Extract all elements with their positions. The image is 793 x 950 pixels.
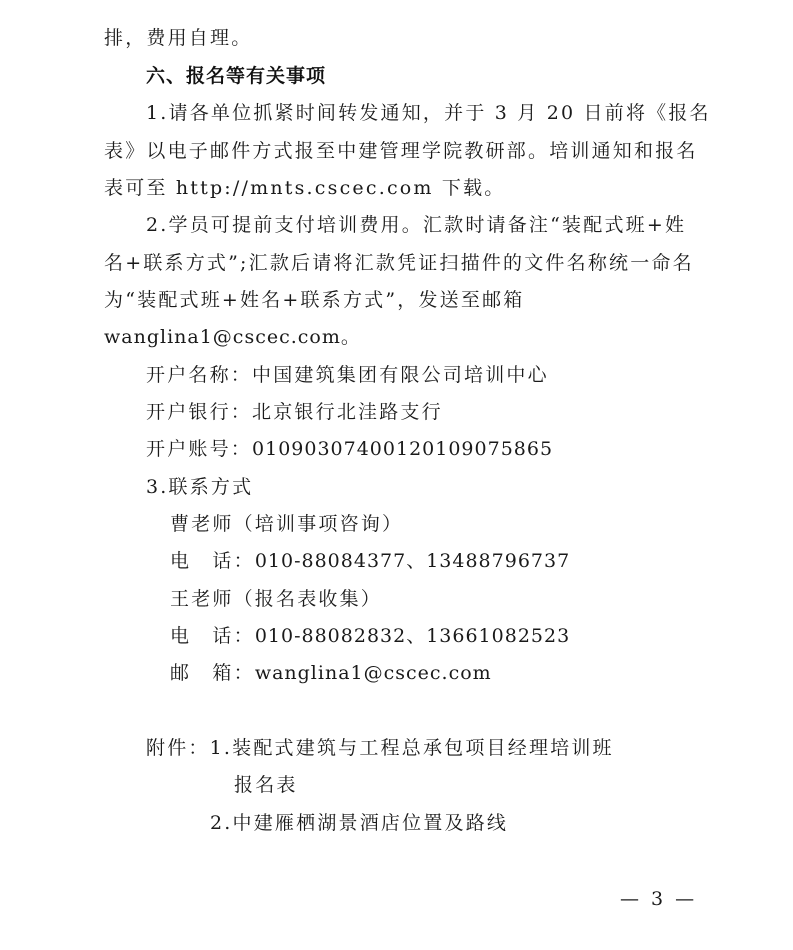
section-heading: 六、报名等有关事项 — [146, 64, 326, 88]
phone-value: 010-88082832、13661082523 — [255, 625, 570, 647]
contact2-email-row: 邮 箱：wanglina1@cscec.com — [170, 661, 492, 685]
account-number-row: 开户账号：01090307400120109075865 — [146, 437, 553, 461]
phone-label: 电 话： — [170, 550, 255, 572]
attachment-item-1-cont: 报名表 — [234, 773, 298, 797]
paragraph-line: 表》以电子邮件方式报至中建管理学院教研部。培训通知和报名 — [104, 139, 698, 163]
account-name-label: 开户名称： — [146, 364, 252, 386]
paragraph-line: 排，费用自理。 — [104, 26, 252, 50]
contact1-phone-row: 电 话：010-88084377、13488796737 — [170, 549, 570, 573]
paragraph-line: 2.学员可提前支付培训费用。汇款时请备注“装配式班+姓 — [146, 213, 686, 237]
contact2-phone-row: 电 话：010-88082832、13661082523 — [170, 624, 570, 648]
page-number: — 3 — — [620, 888, 697, 910]
attachments-label: 附件： — [146, 737, 210, 759]
email-value: wanglina1@cscec.com — [255, 662, 492, 684]
paragraph-line: 表可至 http://mnts.cscec.com 下载。 — [104, 176, 506, 200]
attachment-1-title: 1.装配式建筑与工程总承包项目经理培训班 — [210, 737, 614, 759]
phone-value: 010-88084377、13488796737 — [255, 550, 570, 572]
attachment-item-1: 附件：1.装配式建筑与工程总承包项目经理培训班 — [146, 736, 614, 760]
email-line: wanglina1@cscec.com。 — [104, 325, 361, 349]
bank-value: 北京银行北洼路支行 — [252, 401, 443, 423]
email-label: 邮 箱： — [170, 662, 255, 684]
account-number-value: 01090307400120109075865 — [252, 438, 553, 460]
contact2-name: 王老师（报名表收集） — [170, 587, 382, 611]
phone-label: 电 话： — [170, 625, 255, 647]
paragraph-line: 名+联系方式”;汇款后请将汇款凭证扫描件的文件名称统一命名 — [104, 251, 694, 275]
account-name-row: 开户名称：中国建筑集团有限公司培训中心 — [146, 363, 549, 387]
contacts-heading: 3.联系方式 — [146, 475, 253, 499]
paragraph-line: 为“装配式班+姓名+联系方式”，发送至邮箱 — [104, 288, 524, 312]
bank-label: 开户银行： — [146, 401, 252, 423]
contact1-name: 曹老师（培训事项咨询） — [170, 512, 403, 536]
bank-row: 开户银行：北京银行北洼路支行 — [146, 400, 443, 424]
paragraph-line: 1.请各单位抓紧时间转发通知，并于 3 月 20 日前将《报名 — [146, 101, 711, 125]
attachment-item-2: 2.中建雁栖湖景酒店位置及路线 — [210, 811, 508, 835]
account-name-value: 中国建筑集团有限公司培训中心 — [252, 364, 549, 386]
account-number-label: 开户账号： — [146, 438, 252, 460]
